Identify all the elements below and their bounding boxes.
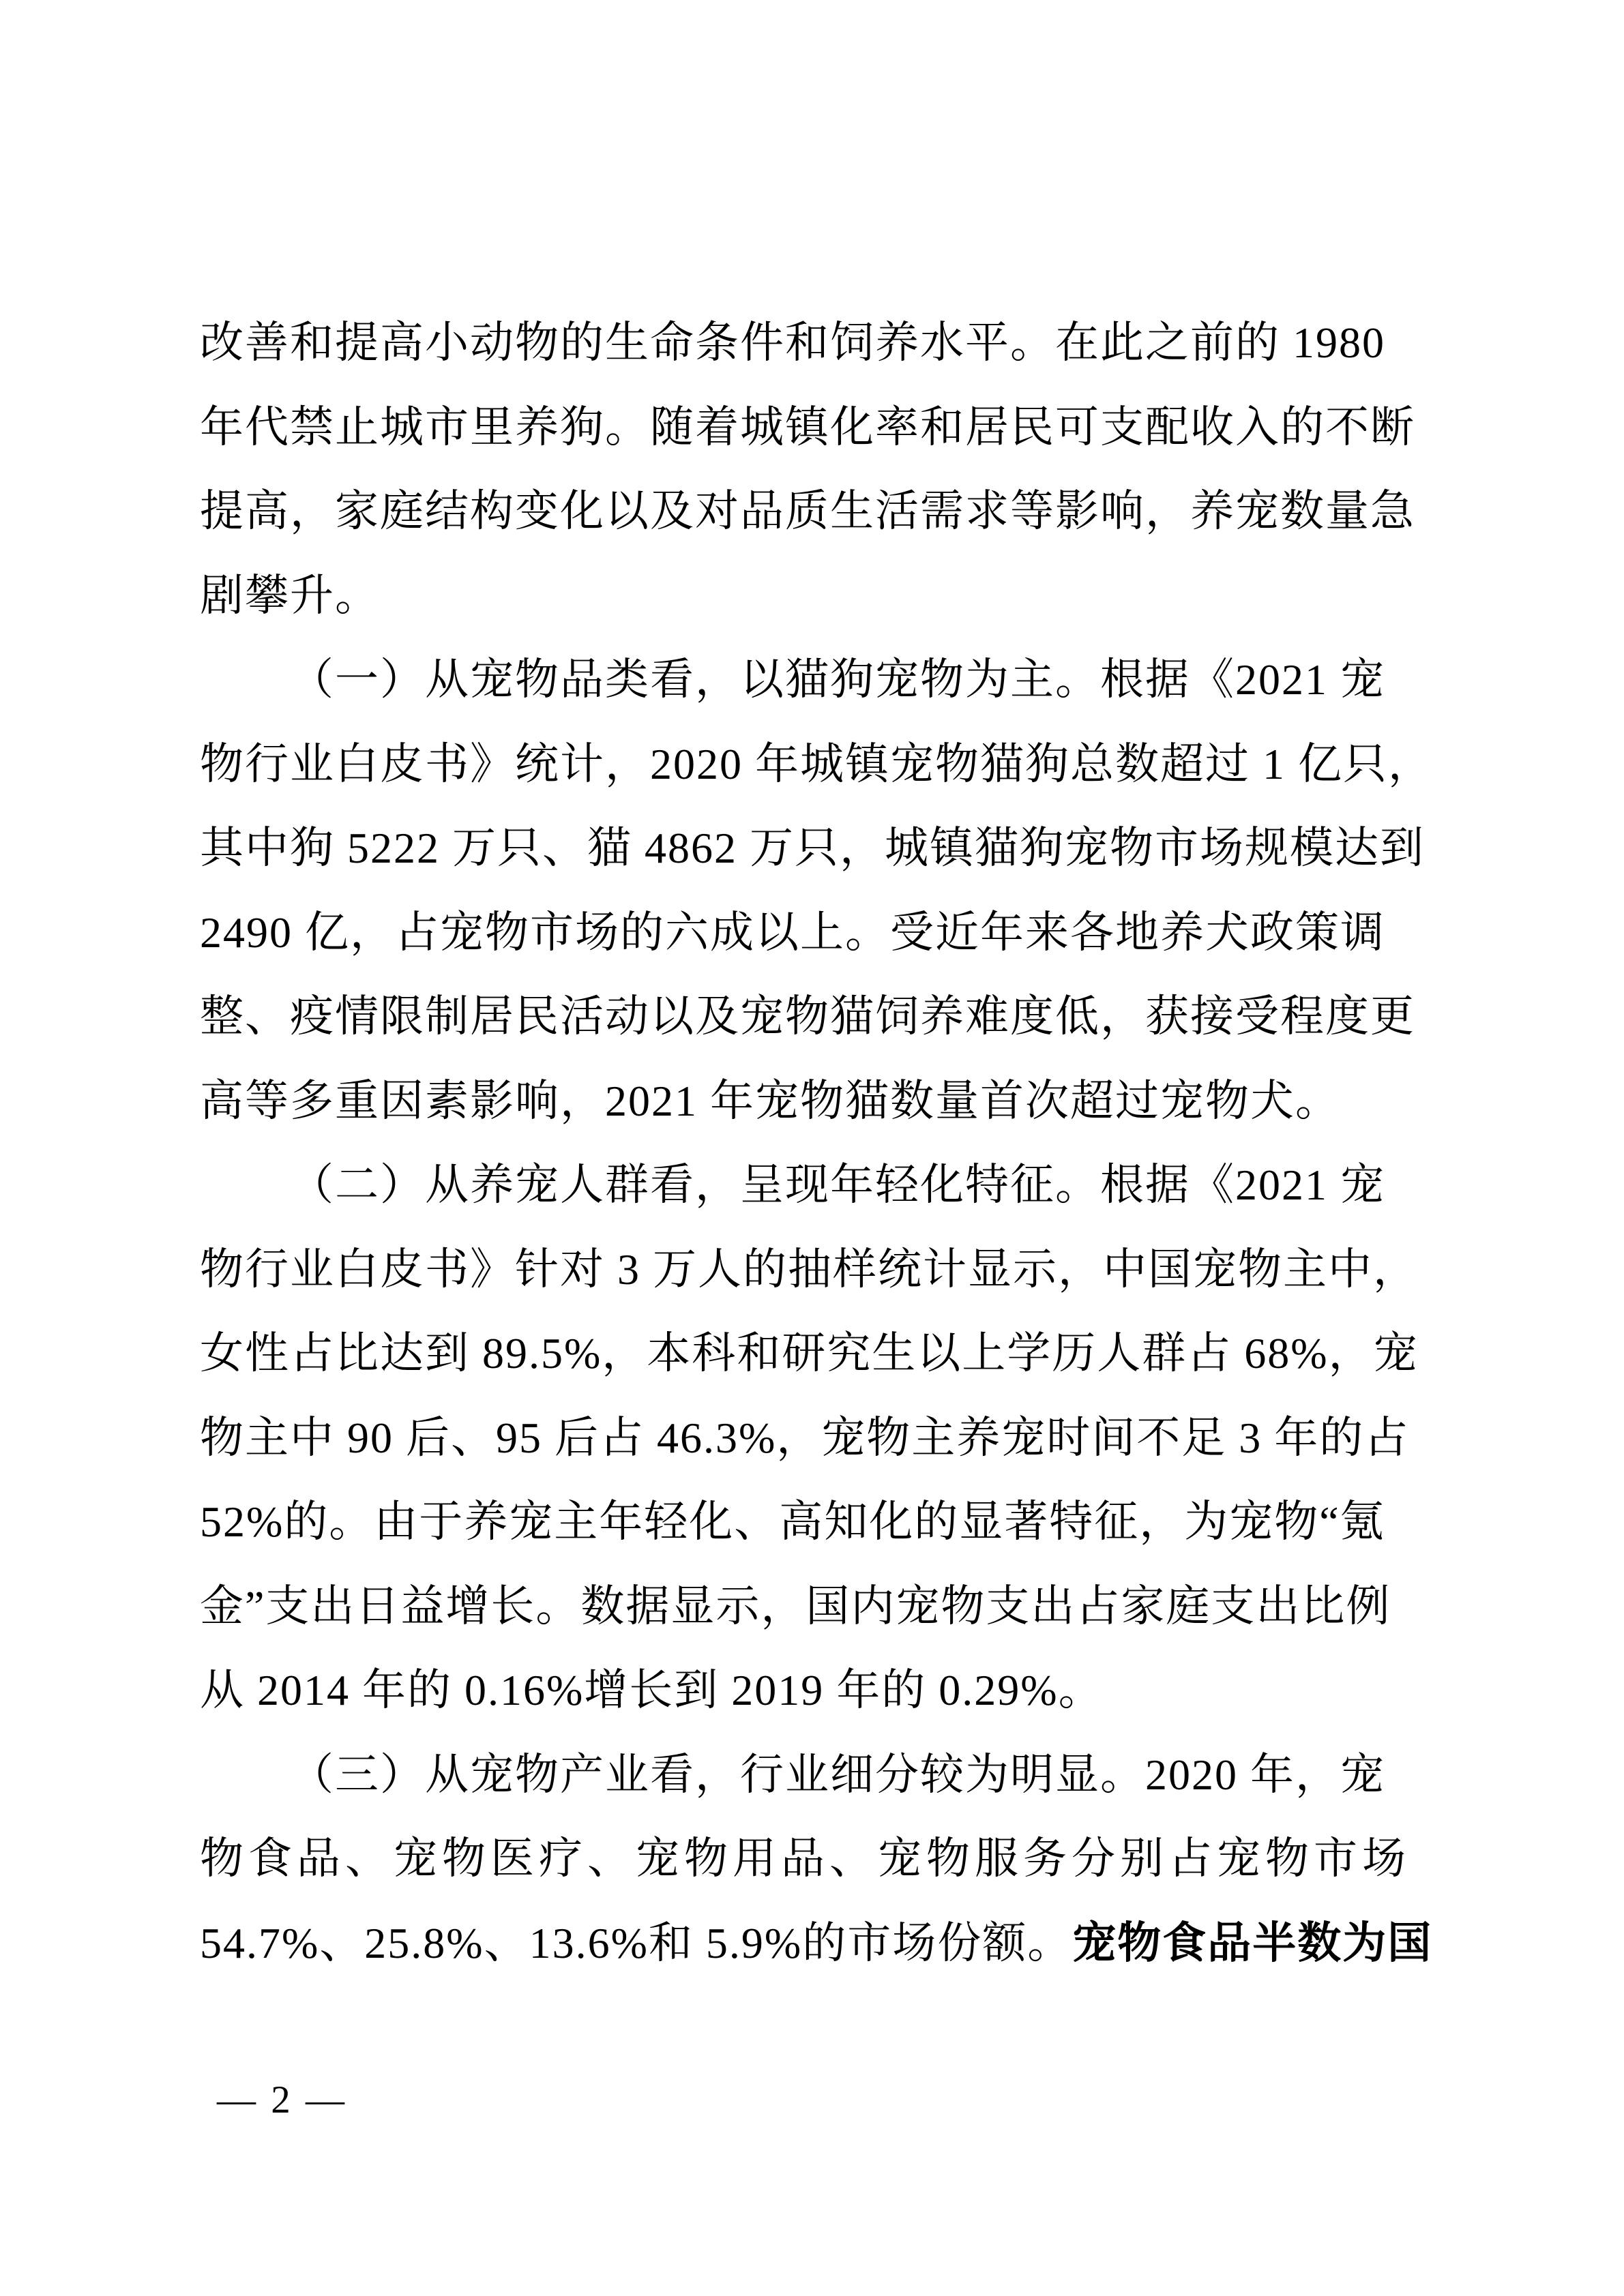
text-line: 金”支出日益增长。数据显示，国内宠物支出占家庭支出比例	[200, 1564, 1421, 1649]
paragraph-continuation: 改善和提高小动物的生命条件和饲养水平。在此之前的 1980年代禁止城市里养狗。随…	[200, 301, 1421, 638]
text-line: 其中狗 5222 万只、猫 4862 万只，城镇猫狗宠物市场规模达到	[200, 806, 1421, 891]
text-run-body: 2020 年，宠	[1145, 1750, 1385, 1799]
text-run-body: 改善和提高小动物的生命条件和饲养水平。在此之前的 1980	[200, 318, 1385, 367]
text-line: （一）从宠物品类看，以猫狗宠物为主。根据《2021 宠	[200, 638, 1421, 722]
text-run-body: 物食品、宠物医疗、宠物用品、宠物服务分别占宠物市场	[200, 1834, 1411, 1883]
text-line: 改善和提高小动物的生命条件和饲养水平。在此之前的 1980	[200, 301, 1421, 385]
text-run-body: 金”支出日益增长。数据显示，国内宠物支出占家庭支出比例	[200, 1582, 1391, 1630]
text-line: 从 2014 年的 0.16%增长到 2019 年的 0.29%。	[200, 1648, 1421, 1733]
text-run-body: 物行业白皮书》统计，2020 年城镇宠物猫狗总数超过 1 亿只，	[200, 740, 1433, 788]
text-line: 整、疫情限制居民活动以及宠物猫饲养难度低，获接受程度更	[200, 974, 1421, 1059]
text-run-body: 整、疫情限制居民活动以及宠物猫饲养难度低，获接受程度更	[200, 992, 1415, 1041]
text-run-body: 高等多重因素影响，2021 年宠物猫数量首次超过宠物犬。	[200, 1077, 1340, 1125]
paragraph-section-3: （三）从宠物产业看，行业细分较为明显。2020 年，宠物食品、宠物医疗、宠物用品…	[200, 1733, 1421, 1986]
text-run-body: 年代禁止城市里养狗。随着城镇化率和居民可支配收入的不断	[200, 403, 1415, 451]
text-line: 物食品、宠物医疗、宠物用品、宠物服务分别占宠物市场	[200, 1817, 1421, 1901]
text-line: 提高，家庭结构变化以及对品质生活需求等影响，养宠数量急	[200, 469, 1421, 554]
page-number: — 2 —	[217, 2078, 347, 2121]
paragraph-section-2: （二）从养宠人群看，呈现年轻化特征。根据《2021 宠物行业白皮书》针对 3 万…	[200, 1143, 1421, 1733]
text-run-body: 物主中 90 后、95 后占 46.3%，宠物主养宠时间不足 3 年的占	[200, 1414, 1409, 1462]
text-line: 52%的。由于养宠主年轻化、高知化的显著特征，为宠物“氪	[200, 1480, 1421, 1564]
text-run-body: 提高，家庭结构变化以及对品质生活需求等影响，养宠数量急	[200, 487, 1415, 535]
text-line: 物行业白皮书》针对 3 万人的抽样统计显示，中国宠物主中，	[200, 1227, 1421, 1312]
text-run-body: 2490 亿，占宠物市场的六成以上。受近年来各地养犬政策调	[200, 908, 1385, 957]
text-run-body: 女性占比达到 89.5%，本科和研究生以上学历人群占 68%，宠	[200, 1329, 1419, 1377]
text-line: （三）从宠物产业看，行业细分较为明显。2020 年，宠	[200, 1733, 1421, 1817]
text-run-body: 物行业白皮书》针对 3 万人的抽样统计显示，中国宠物主中，	[200, 1245, 1418, 1294]
text-run-kaiti: （三）从宠物产业看，行业细分较为明显。	[290, 1750, 1145, 1799]
document-body: 改善和提高小动物的生命条件和饲养水平。在此之前的 1980年代禁止城市里养狗。随…	[200, 301, 1421, 1985]
text-run-kaiti: （一）从宠物品类看，以猫狗宠物为主。	[290, 655, 1100, 704]
text-run-body: 54.7%、25.8%、13.6%和 5.9%的市场份额。	[200, 1919, 1072, 1967]
text-line: 2490 亿，占宠物市场的六成以上。受近年来各地养犬政策调	[200, 891, 1421, 975]
text-line: 年代禁止城市里养狗。随着城镇化率和居民可支配收入的不断	[200, 385, 1421, 470]
text-run-bold: 宠物食品半数为国	[1072, 1918, 1432, 1967]
text-line: 54.7%、25.8%、13.6%和 5.9%的市场份额。宠物食品半数为国	[200, 1901, 1421, 1986]
text-line: 高等多重因素影响，2021 年宠物猫数量首次超过宠物犬。	[200, 1059, 1421, 1144]
text-run-body: 剧攀升。	[200, 571, 380, 620]
text-run-body: 52%的。由于养宠主年轻化、高知化的显著特征，为宠物“氪	[200, 1497, 1385, 1546]
text-line: （二）从养宠人群看，呈现年轻化特征。根据《2021 宠	[200, 1143, 1421, 1227]
text-line: 物主中 90 后、95 后占 46.3%，宠物主养宠时间不足 3 年的占	[200, 1396, 1421, 1480]
text-line: 物行业白皮书》统计，2020 年城镇宠物猫狗总数超过 1 亿只，	[200, 722, 1421, 807]
text-run-body: 其中狗 5222 万只、猫 4862 万只，城镇猫狗宠物市场规模达到	[200, 824, 1425, 872]
document-page: 改善和提高小动物的生命条件和饲养水平。在此之前的 1980年代禁止城市里养狗。随…	[0, 0, 1624, 2296]
text-run-body: 从 2014 年的 0.16%增长到 2019 年的 0.29%。	[200, 1666, 1104, 1714]
text-line: 剧攀升。	[200, 554, 1421, 638]
text-run-body: 根据《2021 宠	[1100, 655, 1385, 704]
paragraph-section-1: （一）从宠物品类看，以猫狗宠物为主。根据《2021 宠物行业白皮书》统计，202…	[200, 638, 1421, 1143]
text-run-kaiti: （二）从养宠人群看，呈现年轻化特征。	[290, 1161, 1100, 1209]
page-footer: — 2 —	[217, 2074, 347, 2126]
text-line: 女性占比达到 89.5%，本科和研究生以上学历人群占 68%，宠	[200, 1311, 1421, 1396]
text-run-body: 根据《2021 宠	[1100, 1161, 1385, 1209]
